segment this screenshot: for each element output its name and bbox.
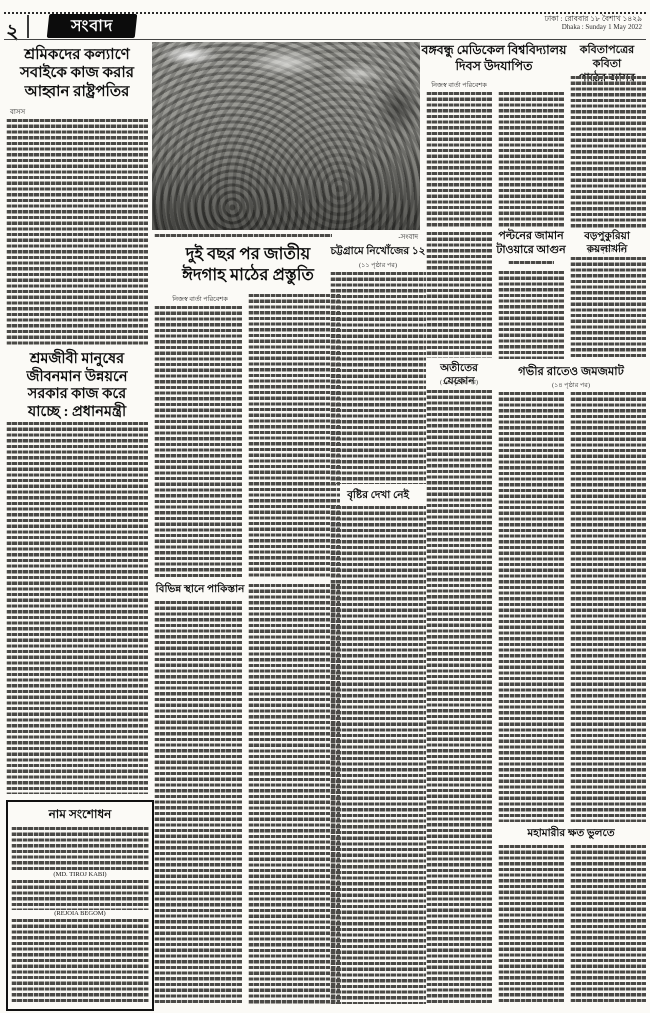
notice-box: নাম সংশোধন (MD. TIROJ KABI) (REJOIA BEGO… <box>6 800 154 1011</box>
body-text-block <box>498 845 564 1004</box>
headline-eidgah: দুই বছর পর জাতীয় ঈদগাহ মাঠের প্রস্তুতি <box>154 244 342 286</box>
body-text-block <box>426 92 492 228</box>
header-rule <box>4 39 646 40</box>
headline-pm: শ্রমজীবী মানুষের জীবনমান উন্নয়নে সরকার … <box>6 351 148 422</box>
news-photo <box>152 42 420 230</box>
body-text-block <box>11 827 149 871</box>
headline-pm-line2: জীবনমান উন্নয়নে <box>6 369 148 387</box>
headline-bsmmu: বঙ্গবন্ধু মেডিকেল বিশ্ববিদ্যালয় দিবস উদ… <box>420 42 568 75</box>
headline-pm-line3: সরকার কাজ করে <box>6 386 148 404</box>
newspaper-page: ২ সংবাদ ঢাকা : রোববার ১৮ বৈশাখ ১৪২৯ Dhak… <box>0 0 650 1013</box>
headline-bsmmu-line1: বঙ্গবন্ধু মেডিকেল বিশ্ববিদ্যালয় <box>420 42 568 58</box>
jump-note-night: (১৪ পৃষ্ঠার পর) <box>496 380 646 391</box>
body-text-block <box>426 390 492 1004</box>
headline-poetry-line1: কবিতাপত্রের কবিতা <box>568 44 646 72</box>
masthead: সংবাদ <box>47 14 138 38</box>
jump-note-past: (১৬ পৃষ্ঠার পর) <box>424 377 494 388</box>
headline-pandemic: মহামারীর ক্ষত ভুলতে <box>496 828 646 841</box>
masthead-title: সংবাদ <box>71 13 113 40</box>
body-text-block <box>11 880 149 910</box>
body-text-block <box>570 76 646 228</box>
photo-credit: -সংবাদ <box>356 231 418 243</box>
body-text-block <box>11 919 149 1003</box>
notice-title: নাম সংশোধন <box>11 807 149 822</box>
byline-president: বাসস <box>6 106 152 118</box>
headline-bsmmu-line2: দিবস উদযাপিত <box>420 58 568 74</box>
byline-bsmmu: নিজস্ব বার্তা পরিবেশক <box>424 80 494 91</box>
jump-note-chattogram: (১১ পৃষ্ঠার পর) <box>330 260 426 271</box>
headline-eidgah-line2: ঈদগাহ মাঠের প্রস্তুতি <box>154 265 342 286</box>
headline-pakistan: বিভিন্ন স্থানে পাকিস্তান <box>150 584 250 597</box>
body-text-block <box>248 584 340 1004</box>
byline-eidgah: নিজস্ব বার্তা পরিবেশক <box>154 294 246 305</box>
body-text-block <box>6 119 148 345</box>
body-text-block <box>498 271 564 359</box>
notice-fragment-2: (REJOIA BEGOM) <box>11 910 149 917</box>
header-divider <box>27 15 29 38</box>
body-text-block <box>570 392 646 822</box>
notice-fragment-1: (MD. TIROJ KABI) <box>11 871 149 878</box>
body-text-block <box>154 306 242 578</box>
body-text-block <box>498 392 564 822</box>
headline-eidgah-line1: দুই বছর পর জাতীয় <box>154 244 342 265</box>
body-text-block <box>6 422 148 794</box>
headline-rain: বৃষ্টির দেখা নেই <box>330 490 426 503</box>
body-text-block <box>248 294 340 578</box>
dateline-bengali: ঢাকা : রোববার ১৮ বৈশাখ ১৪২৯ <box>422 14 642 23</box>
headline-pm-line4: যাচ্ছে : প্রধানমন্ত্রী <box>6 404 148 422</box>
headline-fire-line2: টাওয়ারে আগুন <box>496 244 566 258</box>
byline-fire-sim <box>508 261 554 266</box>
headline-chattogram: চট্টগ্রামে নিখোঁজের ১২ <box>330 246 426 259</box>
body-text-block <box>330 506 426 1004</box>
dateline-english: Dhaka : Sunday 1 May 2022 <box>422 23 642 32</box>
headline-fire: পল্টনের জামান টাওয়ারে আগুন <box>496 230 566 258</box>
body-text-block <box>570 257 646 359</box>
body-text-block <box>330 272 426 484</box>
headline-fire-line1: পল্টনের জামান <box>496 230 566 244</box>
photo-caption <box>154 234 332 239</box>
jump-note-coal: (১৪ পৃষ্ঠার পর) <box>568 245 646 256</box>
headline-president-line2: সবাইকে কাজ করার <box>6 64 148 82</box>
headline-pm-line1: শ্রমজীবী মানুষের <box>6 351 148 369</box>
headline-president-line3: আহ্বান রাষ্ট্রপতির <box>6 83 148 101</box>
body-text-block <box>426 232 492 358</box>
headline-president: শ্রমিকদের কল্যাণে সবাইকে কাজ করার আহ্বান… <box>6 46 148 101</box>
body-text-block <box>154 601 242 1004</box>
body-text-block <box>570 845 646 1004</box>
dateline: ঢাকা : রোববার ১৮ বৈশাখ ১৪২৯ Dhaka : Sund… <box>422 14 642 32</box>
body-text-block <box>498 92 564 228</box>
headline-night: গভীর রাতেও জমজমাট <box>496 365 646 379</box>
headline-president-line1: শ্রমিকদের কল্যাণে <box>6 46 148 64</box>
